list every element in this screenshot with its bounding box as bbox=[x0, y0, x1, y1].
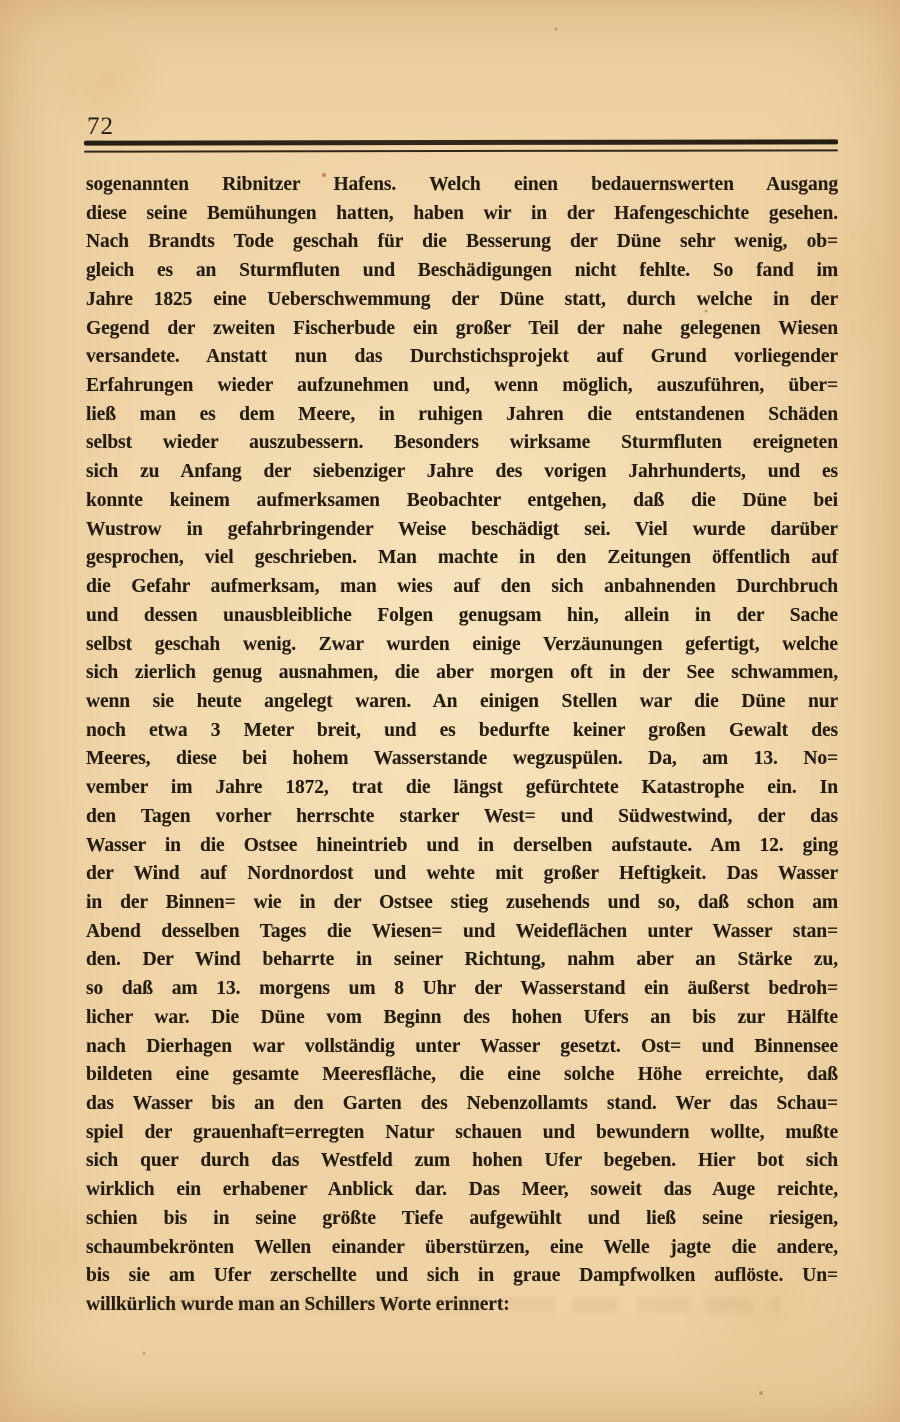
text-line: ließ man es dem Meere, in ruhigen Jahren… bbox=[86, 401, 838, 430]
text-line: wenn sie heute angelegt waren. An einige… bbox=[86, 688, 838, 717]
text-line: selbst wieder auszubessern. Besonders wi… bbox=[86, 429, 838, 458]
text-line: bildeten eine gesamte Meeresfläche, die … bbox=[86, 1061, 838, 1090]
text-line: konnte keinem aufmerksamen Beobachter en… bbox=[86, 487, 838, 516]
text-line: bis sie am Ufer zerschellte und sich in … bbox=[86, 1262, 838, 1291]
text-line: Abend desselben Tages die Wiesen= und We… bbox=[86, 918, 838, 947]
page-text: sogenannten Ribnitzer Hafens. Welch eine… bbox=[86, 171, 838, 1320]
text-line: in der Binnen= wie in der Ostsee stieg z… bbox=[86, 889, 838, 918]
text-line: sich zu Anfang der siebenziger Jahre des… bbox=[86, 458, 838, 487]
header-rule-thin bbox=[84, 149, 838, 152]
text-line: der Wind auf Nordnordost und wehte mit g… bbox=[86, 860, 838, 889]
text-line: den Tagen vorher herrschte starker West=… bbox=[86, 803, 838, 832]
text-line: schaumbekrönten Wellen einander überstür… bbox=[86, 1234, 838, 1263]
text-line: selbst geschah wenig. Zwar wurden einige… bbox=[86, 631, 838, 660]
text-line: die Gefahr aufmerksam, man wies auf den … bbox=[86, 573, 838, 602]
text-line: nach Dierhagen war vollständig unter Was… bbox=[86, 1033, 838, 1062]
text-line: licher war. Die Düne vom Beginn des hohe… bbox=[86, 1004, 838, 1033]
text-line: Wasser in die Ostsee hineintrieb und in … bbox=[86, 832, 838, 861]
text-line: sich zierlich genug ausnahmen, die aber … bbox=[86, 659, 838, 688]
text-line: diese seine Bemühungen hatten, haben wir… bbox=[86, 200, 838, 229]
page-number: 72 bbox=[87, 113, 114, 141]
text-line: Nach Brandts Tode geschah für die Besser… bbox=[86, 228, 838, 257]
header-rule-thick bbox=[84, 139, 838, 145]
text-line: noch etwa 3 Meter breit, und es bedurfte… bbox=[86, 717, 838, 746]
text-line: vember im Jahre 1872, trat die längst ge… bbox=[86, 774, 838, 803]
book-page: 72 sogenannten Ribnitzer Hafens. Welch e… bbox=[0, 0, 900, 1422]
text-line: Jahre 1825 eine Ueberschwemmung der Düne… bbox=[86, 286, 838, 315]
text-line: schien bis in seine größte Tiefe aufgewü… bbox=[86, 1205, 838, 1234]
text-line: und dessen unausbleibliche Folgen genugs… bbox=[86, 602, 838, 631]
text-line: das Wasser bis an den Garten des Nebenzo… bbox=[86, 1090, 838, 1119]
text-line: spiel der grauenhaft=erregten Natur scha… bbox=[86, 1119, 838, 1148]
text-line: so daß am 13. morgens um 8 Uhr der Wasse… bbox=[86, 975, 838, 1004]
text-line: sich quer durch das Westfeld zum hohen U… bbox=[86, 1147, 838, 1176]
text-line: Erfahrungen wieder aufzunehmen und, wenn… bbox=[86, 372, 838, 401]
text-line: Gegend der zweiten Fischerbude ein große… bbox=[86, 315, 838, 344]
paper-specks bbox=[0, 0, 2, 2]
text-line: Meeres, diese bei hohem Wasserstande weg… bbox=[86, 745, 838, 774]
text-line: wirklich ein erhabener Anblick dar. Das … bbox=[86, 1176, 838, 1205]
text-line: gesprochen, viel geschrieben. Man machte… bbox=[86, 544, 838, 573]
text-line: den. Der Wind beharrte in seiner Richtun… bbox=[86, 946, 838, 975]
text-line: willkürlich wurde man an Schillers Worte… bbox=[86, 1291, 838, 1320]
text-line: Wustrow in gefahrbringender Weise beschä… bbox=[86, 516, 838, 545]
text-line: gleich es an Sturmfluten und Beschädigun… bbox=[86, 257, 838, 286]
text-line: sogenannten Ribnitzer Hafens. Welch eine… bbox=[86, 171, 838, 200]
text-line: versandete. Anstatt nun das Durchstichsp… bbox=[86, 343, 838, 372]
